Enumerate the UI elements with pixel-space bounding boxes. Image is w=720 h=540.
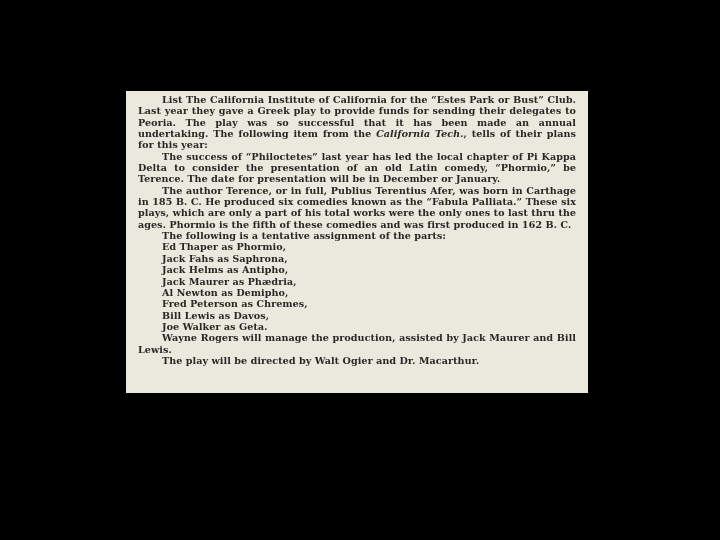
cast-item: Jack Maurer as Phædria, (162, 277, 576, 288)
director-paragraph: The play will be directed by Walt Ogier … (138, 356, 576, 367)
author-paragraph: The author Terence, or in full, Publius … (138, 186, 576, 231)
publication-title: California Tech. (376, 129, 463, 140)
success-paragraph: The success of “Philoctetes” last year h… (138, 152, 576, 186)
cast-item: Joe Walker as Geta. (162, 322, 576, 333)
assignment-intro-paragraph: The following is a tentative assignment … (138, 231, 576, 242)
cast-item: Fred Peterson as Chremes, (162, 299, 576, 310)
scanned-document-clipping: List The California Institute of Califor… (126, 91, 588, 393)
cast-item: Jack Helms as Antipho, (162, 265, 576, 276)
cast-item: Jack Fahs as Saphrona, (162, 254, 576, 265)
intro-paragraph: List The California Institute of Califor… (138, 95, 576, 152)
cast-item: Al Newton as Demipho, (162, 288, 576, 299)
cast-item: Ed Thaper as Phormio, (162, 242, 576, 253)
cast-list: Ed Thaper as Phormio, Jack Fahs as Saphr… (138, 242, 576, 333)
cast-item: Bill Lewis as Davos, (162, 311, 576, 322)
manager-paragraph: Wayne Rogers will manage the production,… (138, 333, 576, 356)
